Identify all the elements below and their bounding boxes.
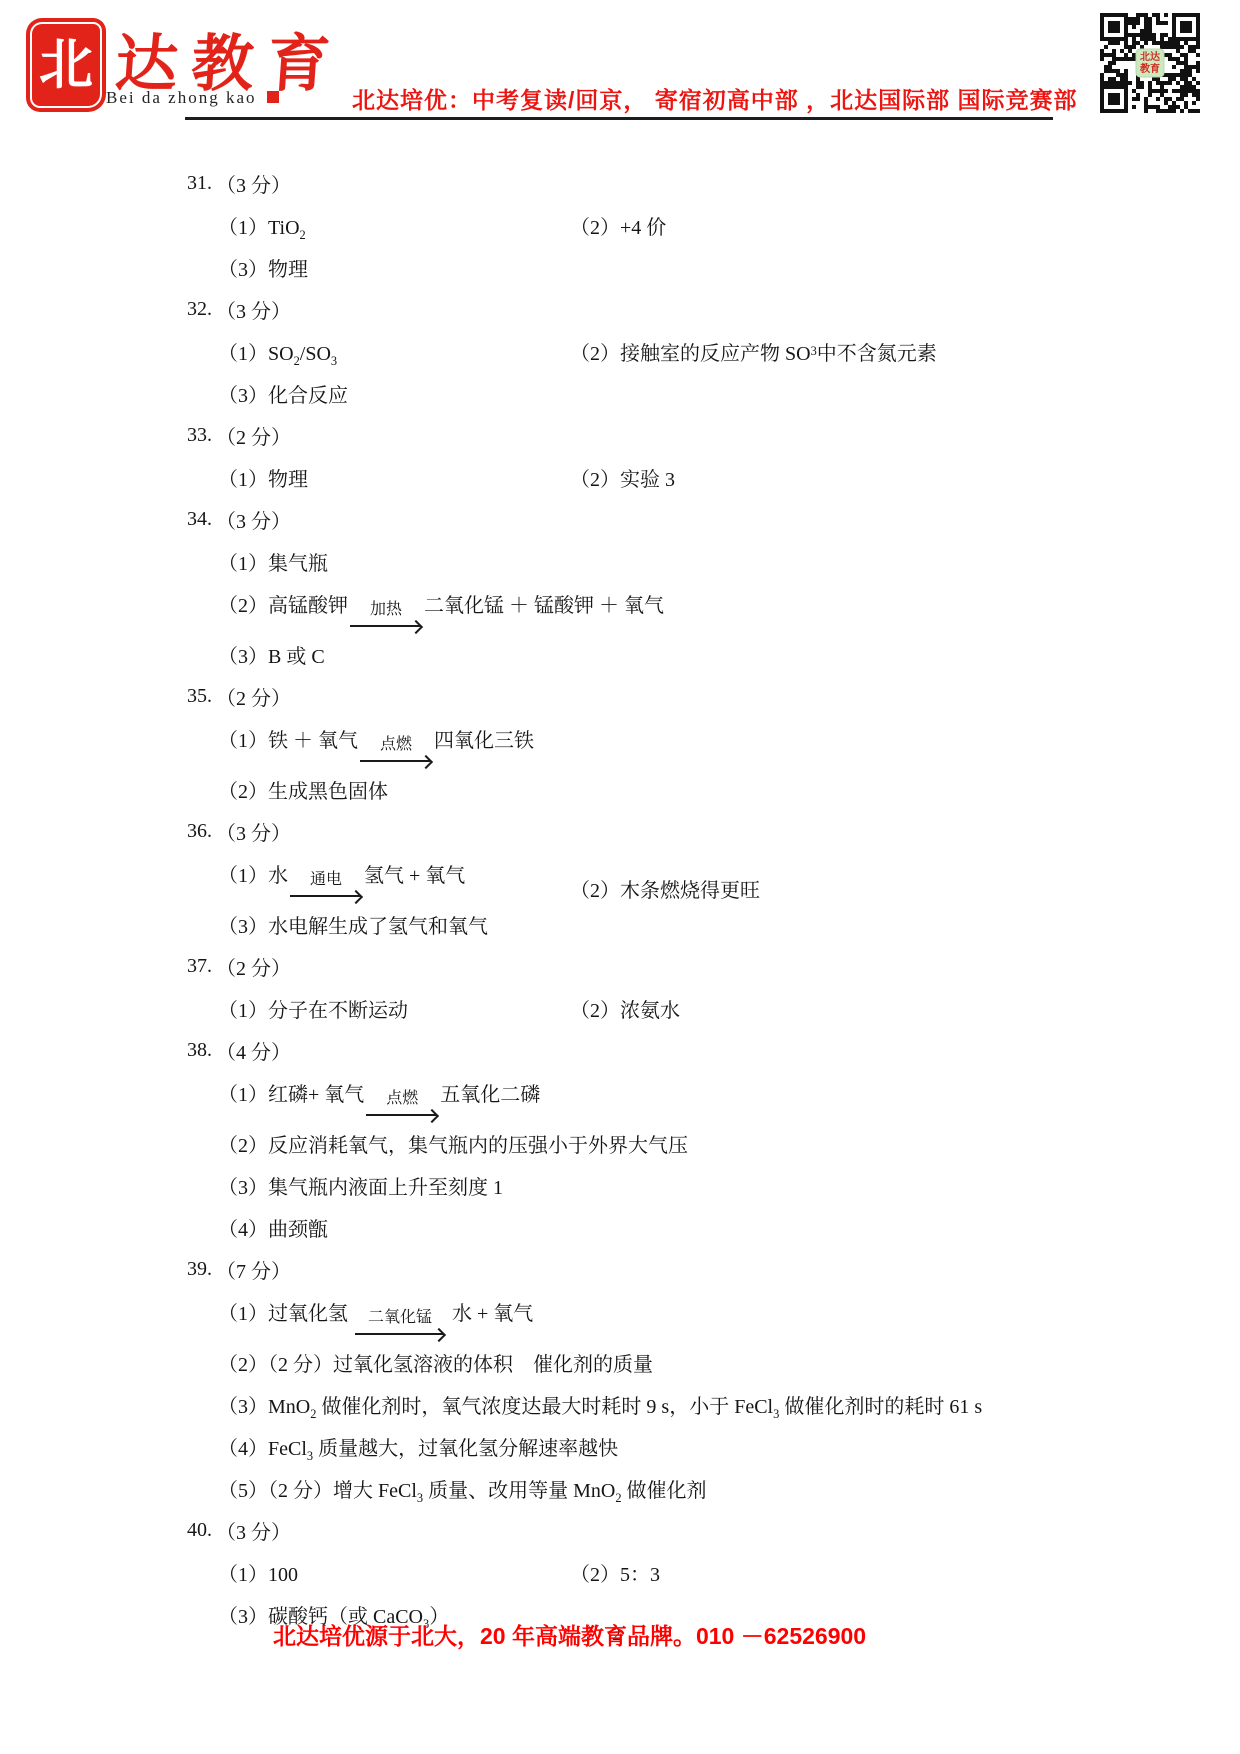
answer-heading: 39.（7 分） xyxy=(0,1248,1240,1290)
answer-line: （3）MnO2 做催化剂时，氧气浓度达最大时耗时 9 s，小于 FeCl3 做催… xyxy=(0,1383,1240,1425)
subscript: 2 xyxy=(294,354,300,368)
reaction-condition-label: 加热 xyxy=(357,602,415,619)
answer-text-col2: （2）5：3 xyxy=(570,1551,660,1593)
answer-block: 31.（3 分）（1）TiO2（2）+4 价（3）物理 xyxy=(0,162,1240,288)
answer-text-col2: （2）浓氨水 xyxy=(570,987,680,1029)
answer-text: （5）（2 分）增大 FeCl3 质量、改用等量 MnO2 做催化剂 xyxy=(218,1474,707,1503)
red-square-icon xyxy=(267,91,279,103)
answer-heading: 35.（2 分） xyxy=(0,675,1240,717)
answer-score: （2 分） xyxy=(216,421,291,450)
answer-number: 40. xyxy=(187,1519,212,1542)
answer-line: （3）水电解生成了氢气和氧气 xyxy=(0,903,1240,945)
answer-block: 33.（2 分）（1）物理（2）实验 3 xyxy=(0,414,1240,498)
answer-line: （1）水通电氢气 + 氧气（2）木条燃烧得更旺 xyxy=(0,852,1240,903)
answer-number: 31. xyxy=(187,172,212,195)
answer-text: （1）水通电氢气 + 氧气 xyxy=(218,859,465,900)
reaction-arrow: 通电 xyxy=(290,872,362,902)
answer-score: （3 分） xyxy=(216,1516,291,1545)
svg-text:北达: 北达 xyxy=(1140,50,1160,63)
arrow-line xyxy=(366,1108,438,1121)
answer-heading: 36.（3 分） xyxy=(0,810,1240,852)
answer-number: 37. xyxy=(187,955,212,978)
answer-line: （1）集气瓶 xyxy=(0,540,1240,582)
answer-line: （1）铁 ＋ 氧气点燃四氧化三铁 xyxy=(0,717,1240,768)
answer-line: （2）反应消耗氧气，集气瓶内的压强小于外界大气压 xyxy=(0,1122,1240,1164)
subscript: 2 xyxy=(615,1491,621,1505)
header-tagline: 北达培优：中考复读/回京， 寄宿初高中部 ，北达国际部 国际竞赛部 xyxy=(352,82,1078,115)
answer-text: （4）FeCl3 质量越大，过氧化氢分解速率越快 xyxy=(218,1432,618,1461)
answer-number: 39. xyxy=(187,1258,212,1281)
logo-seal: 北 xyxy=(30,22,102,108)
logo-subtitle-text: Bei da zhong kao xyxy=(106,88,257,107)
reaction-condition-label: 点燃 xyxy=(367,737,425,754)
answer-line: （3）物理 xyxy=(0,246,1240,288)
reaction-condition-label: 二氧化锰 xyxy=(355,1310,445,1327)
answer-line: （4）曲颈甑 xyxy=(0,1206,1240,1248)
answer-text-col2: （2）木条燃烧得更旺 xyxy=(570,852,760,906)
answer-line: （1）TiO2（2）+4 价 xyxy=(0,204,1240,246)
answer-line: （1）过氧化氢 二氧化锰 水 + 氧气 xyxy=(0,1290,1240,1341)
reaction-arrow: 加热 xyxy=(350,602,422,632)
answer-block: 40.（3 分）（1）100（2）5：3（3）碳酸钙（或 CaCO3） xyxy=(0,1509,1240,1635)
answer-heading: 33.（2 分） xyxy=(0,414,1240,456)
answer-text: （1）分子在不断运动 xyxy=(218,994,408,1023)
arrow-line xyxy=(360,754,432,767)
answer-line: （2）（2 分）过氧化氢溶液的体积 催化剂的质量 xyxy=(0,1341,1240,1383)
answer-number: 33. xyxy=(187,424,212,447)
answer-text: （1）物理 xyxy=(218,463,308,492)
answer-text: （1）红磷+ 氧气点燃五氧化二磷 xyxy=(218,1078,540,1119)
answer-line: （1）分子在不断运动（2）浓氨水 xyxy=(0,987,1240,1029)
svg-text:教育: 教育 xyxy=(1139,62,1160,75)
answer-line: （3）B 或 C xyxy=(0,633,1240,675)
answer-score: （3 分） xyxy=(216,817,291,846)
answer-text: （3）B 或 C xyxy=(218,640,325,669)
header-divider xyxy=(185,117,1053,120)
answer-text: （3）集气瓶内液面上升至刻度 1 xyxy=(218,1171,503,1200)
answer-line: （3）集气瓶内液面上升至刻度 1 xyxy=(0,1164,1240,1206)
answer-line: （1）100（2）5：3 xyxy=(0,1551,1240,1593)
answer-block: 39.（7 分）（1）过氧化氢 二氧化锰 水 + 氧气（2）（2 分）过氧化氢溶… xyxy=(0,1248,1240,1509)
answer-score: （2 分） xyxy=(216,952,291,981)
answer-line: （4）FeCl3 质量越大，过氧化氢分解速率越快 xyxy=(0,1425,1240,1467)
answer-text: （2）（2 分）过氧化氢溶液的体积 催化剂的质量 xyxy=(218,1348,653,1377)
qr-code: 北达 教育 xyxy=(1100,13,1200,113)
answer-text: （1）铁 ＋ 氧气点燃四氧化三铁 xyxy=(218,724,534,765)
answer-text: （3）化合反应 xyxy=(218,379,348,408)
subscript: 3 xyxy=(773,1407,779,1421)
answer-score: （7 分） xyxy=(216,1255,291,1284)
answer-text: （1）TiO2 xyxy=(218,211,306,240)
answer-block: 38.（4 分）（1）红磷+ 氧气点燃五氧化二磷（2）反应消耗氧气，集气瓶内的压… xyxy=(0,1029,1240,1248)
subscript: 2 xyxy=(300,228,306,242)
answer-text: （2）反应消耗氧气，集气瓶内的压强小于外界大气压 xyxy=(218,1129,688,1158)
answer-number: 35. xyxy=(187,685,212,708)
arrow-line xyxy=(355,1327,445,1340)
answer-block: 37.（2 分）（1）分子在不断运动（2）浓氨水 xyxy=(0,945,1240,1029)
answer-line: （1）物理（2）实验 3 xyxy=(0,456,1240,498)
answer-text: （4）曲颈甑 xyxy=(218,1213,328,1242)
answer-score: （3 分） xyxy=(216,169,291,198)
answer-text: （1）过氧化氢 二氧化锰 水 + 氧气 xyxy=(218,1297,533,1338)
document-page: 北 达教育 Bei da zhong kao 北达培优：中考复读/回京， 寄宿初… xyxy=(0,0,1240,1754)
answer-heading: 37.（2 分） xyxy=(0,945,1240,987)
answer-number: 36. xyxy=(187,820,212,843)
arrow-line xyxy=(350,619,422,632)
answer-text-col2: （2）+4 价 xyxy=(570,204,666,246)
answer-text-col2: （2）实验 3 xyxy=(570,456,675,498)
subscript: 3 xyxy=(331,354,337,368)
answer-block: 35.（2 分）（1）铁 ＋ 氧气点燃四氧化三铁（2）生成黑色固体 xyxy=(0,675,1240,810)
logo-subtitle: Bei da zhong kao xyxy=(106,88,279,108)
answer-text: （3）物理 xyxy=(218,253,308,282)
reaction-arrow: 点燃 xyxy=(360,737,432,767)
answer-block: 36.（3 分）（1）水通电氢气 + 氧气（2）木条燃烧得更旺（3）水电解生成了… xyxy=(0,810,1240,945)
answer-text-col2: （2）接触室的反应产物 SO3 中不含氮元素 xyxy=(570,330,937,372)
answer-heading: 34.（3 分） xyxy=(0,498,1240,540)
answer-score: （3 分） xyxy=(216,505,291,534)
answer-line: （2）生成黑色固体 xyxy=(0,768,1240,810)
answer-line: （1）红磷+ 氧气点燃五氧化二磷 xyxy=(0,1071,1240,1122)
answer-block: 34.（3 分）（1）集气瓶（2）高锰酸钾加热二氧化锰 ＋ 锰酸钾 ＋ 氧气（3… xyxy=(0,498,1240,675)
answer-text: （2）生成黑色固体 xyxy=(218,775,388,804)
reaction-condition-label: 通电 xyxy=(297,872,355,889)
reaction-arrow: 二氧化锰 xyxy=(355,1310,445,1340)
answer-heading: 38.（4 分） xyxy=(0,1029,1240,1071)
answer-text: （1）集气瓶 xyxy=(218,547,328,576)
answer-heading: 32.（3 分） xyxy=(0,288,1240,330)
answer-block: 32.（3 分）（1）SO2/SO3（2）接触室的反应产物 SO3 中不含氮元素… xyxy=(0,288,1240,414)
answer-score: （3 分） xyxy=(216,295,291,324)
answer-line: （1）SO2/SO3（2）接触室的反应产物 SO3 中不含氮元素 xyxy=(0,330,1240,372)
answer-score: （4 分） xyxy=(216,1036,291,1065)
subscript: 2 xyxy=(310,1407,316,1421)
answer-text: （2）高锰酸钾加热二氧化锰 ＋ 锰酸钾 ＋ 氧气 xyxy=(218,589,664,630)
answer-number: 32. xyxy=(187,298,212,321)
arrow-line xyxy=(290,889,362,902)
answer-number: 34. xyxy=(187,508,212,531)
subscript: 3 xyxy=(307,1449,313,1463)
answers: 31.（3 分）（1）TiO2（2）+4 价（3）物理32.（3 分）（1）SO… xyxy=(0,162,1240,1635)
logo-seal-character: 北 xyxy=(39,38,93,92)
answer-line: （5）（2 分）增大 FeCl3 质量、改用等量 MnO2 做催化剂 xyxy=(0,1467,1240,1509)
answer-text: （3）MnO2 做催化剂时，氧气浓度达最大时耗时 9 s，小于 FeCl3 做催… xyxy=(218,1390,982,1419)
reaction-arrow: 点燃 xyxy=(366,1091,438,1121)
answer-heading: 40.（3 分） xyxy=(0,1509,1240,1551)
answer-text: （1）100 xyxy=(218,1558,298,1587)
reaction-condition-label: 点燃 xyxy=(373,1091,431,1108)
answer-line: （2）高锰酸钾加热二氧化锰 ＋ 锰酸钾 ＋ 氧气 xyxy=(0,582,1240,633)
footer-slogan: 北达培优源于北大，20 年高端教育品牌。010 －62526900 xyxy=(273,1618,866,1651)
subscript: 3 xyxy=(417,1491,423,1505)
answer-text: （1）SO2/SO3 xyxy=(218,337,337,366)
answer-text: （3）水电解生成了氢气和氧气 xyxy=(218,910,488,939)
answer-heading: 31.（3 分） xyxy=(0,162,1240,204)
answer-line: （3）化合反应 xyxy=(0,372,1240,414)
answer-number: 38. xyxy=(187,1039,212,1062)
answer-score: （2 分） xyxy=(216,682,291,711)
